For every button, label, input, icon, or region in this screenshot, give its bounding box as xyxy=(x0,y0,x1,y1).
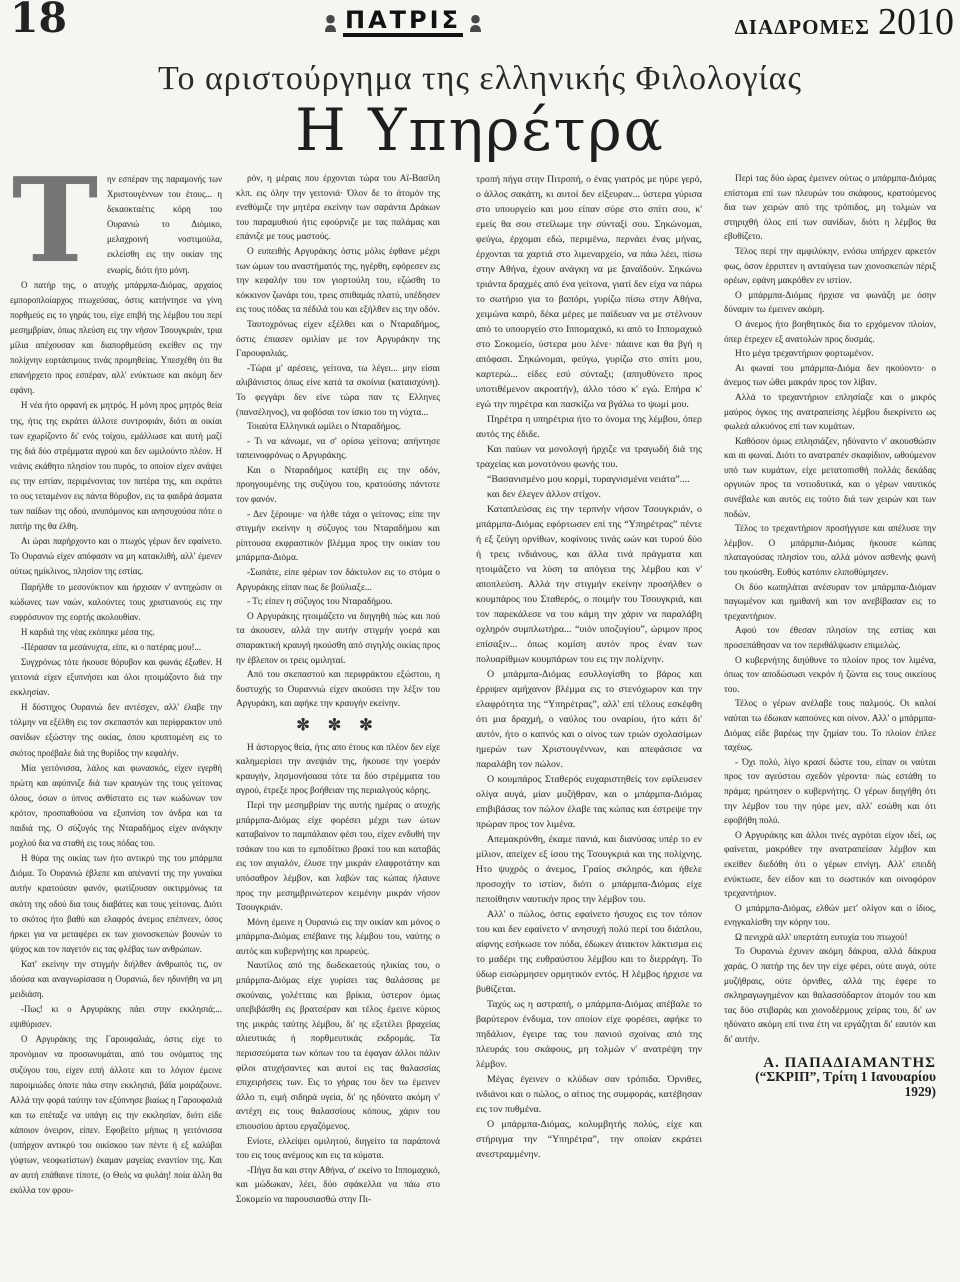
article-paragraph: Η δύστηχος Ουρανιώ δεν αντέσχεν, αλλ' έλ… xyxy=(10,700,222,760)
article-paragraph: Καθόσον όμως επλησιάζεν, ηδύναντο ν' ακο… xyxy=(724,435,936,523)
article-paragraph: Τέλος ο γέρων ανέλαβε τους παλμούς. Οι κ… xyxy=(724,697,936,755)
article-paragraph: Παρήλθε το μεσονύκτιον και ήρχισαν ν' αν… xyxy=(10,580,222,625)
article-column-4: Περί τας δύο ώρας έμεινεν ούτως ο μπάρμπ… xyxy=(724,172,936,1278)
article-paragraph: Ταυτοχρόνως είχεν εξέλθει και ο Νταραδήμ… xyxy=(236,318,440,362)
article-paragraph: -Πήγα δα και στην Αθήνα, σ' εκείνο το Ιπ… xyxy=(236,1164,440,1208)
article-paragraph: Ο μπάρμπα-Διόμας εσυλλογίσθη το βάρος κα… xyxy=(476,667,702,772)
article-paragraph: Ο μπάρμπα-Διόμας, κολυμβητής πολύς, είχε… xyxy=(476,1117,702,1162)
article-paragraph: Αι ώραι παρήρχοντο και ο πτωχός γέρων δε… xyxy=(10,534,222,579)
drop-cap: Τ xyxy=(10,174,100,272)
article-paragraph: Από του σκεπαστού και περιφράκτου εξώστο… xyxy=(236,668,440,712)
article-paragraph: Ναυτίλος από της δωδεκαετούς ηλικίας του… xyxy=(236,959,440,1134)
attribution-source: (“ΣΚΡΙΠ”, Τρίτη 1 Ιανουαρίου 1929) xyxy=(724,1070,936,1099)
masthead-title: ΠΑΤΡΙΣ xyxy=(343,8,463,37)
article-paragraph: Ο μπάρμπα-Διόμας, ελθών μετ' ολίγον και … xyxy=(724,902,936,931)
article-paragraph: Καταπλεύσας εις την τερπνήν νήσον Τσουγκ… xyxy=(476,502,702,667)
article-paragraph: Τέλος το τρεχαντήριον προσήγγισε και απέ… xyxy=(724,522,936,580)
article-paragraph: Οι δύο κωπηλάται ανέσυραν τον μπάρμπα-Δι… xyxy=(724,581,936,625)
page-number: 18 xyxy=(10,0,67,42)
section-separator: ✼ ✼ ✼ xyxy=(236,719,440,734)
article-paragraph: ρόν, η μέραις που έρχονται τώρα του Αϊ-Β… xyxy=(236,172,440,245)
article-paragraph: - Τι; είπεν η σύζυγος του Νταραδήμου. xyxy=(236,595,440,610)
article-paragraph: Ο Αργυράκης και άλλοι τινές αγρόται είχο… xyxy=(724,829,936,902)
article-paragraph: Η νέα ήτο ορφανή εκ μητρός. Η μόνη προς … xyxy=(10,398,222,534)
article-paragraph: Περί την μεσημβρίαν της αυτής ημέρας ο α… xyxy=(236,799,440,916)
article-paragraph: Ο μπάρμπα-Διόμας ήρχισε να φωνάζη με όση… xyxy=(724,289,936,318)
article-paragraph: Μία γειτόνισσα, λάλος και φωνασκός, είχε… xyxy=(10,761,222,852)
article-paragraph: Ητο μέγα τρεχαντήριον φορτωμένον. xyxy=(724,347,936,362)
article-paragraph: -Τώρα μ' αρέσεις, γείτονα, τω λέγει... μ… xyxy=(236,362,440,420)
article-paragraph: Η άστοργος θεία, ήτις απο έτους και πλέο… xyxy=(236,741,440,799)
article-paragraph: - Τι να κάνωμε, να σ' ορίσω γείτονα; απή… xyxy=(236,435,440,464)
section-year: 2010 xyxy=(878,1,954,43)
article-column-3: τροπή πήγα στην Πιτροπή, ο ένας γιατρός … xyxy=(476,172,702,1278)
article-paragraph: και δεν έλεγεν άλλον στίχον. xyxy=(476,487,702,502)
article-paragraph: Ο κυβερνήτης διηύθυνε το πλοίον προς τον… xyxy=(724,654,936,698)
article-paragraph: Αλλά το τρεχαντήριον επλησίαζε και ο μικ… xyxy=(724,391,936,435)
article-paragraph: -Σωπάτε, είπε φέρων τον δάκτυλον εις το … xyxy=(236,566,440,595)
article-paragraph: Τοιαύτα Ελληνικά ωμίλει ο Νταραδήμος. xyxy=(236,420,440,435)
article-paragraph: Κατ' εκείνην την στιγμήν διήλθεν άνθρωπό… xyxy=(10,957,222,1002)
article-paragraph: Η καρδιά της νέας εκόπηκε μέσα της. xyxy=(10,625,222,640)
article-kicker: Το αριστούργημα της ελληνικής Φιλολογίας xyxy=(0,60,960,98)
article-paragraph: Περί τας δύο ώρας έμεινεν ούτως ο μπάρμπ… xyxy=(724,172,936,245)
article-paragraph: Την εσπέραν της παραμονής των Χριστουγέν… xyxy=(10,172,222,278)
article-paragraph: Ο ευπειθής Αργυράκης όστις μόλις έφθανε … xyxy=(236,245,440,318)
article-paragraph: Ταχύς ως η αστραπή, ο μπάρμπα-Διόμας απέ… xyxy=(476,997,702,1072)
newspaper-page: 18 ΠΑΤΡΙΣ ΔΙΑΔΡΟΜΕΣ2010 Το αριστούργημα … xyxy=(0,0,960,1282)
article-paragraph: Πηρέτρα η υπηρέτρια ήτο το όνομα της λέμ… xyxy=(476,412,702,442)
masthead-portrait-left-icon xyxy=(324,14,337,32)
page-header: 18 ΠΑΤΡΙΣ ΔΙΑΔΡΟΜΕΣ2010 xyxy=(0,0,960,54)
article-paragraph: -Πέρασαν τα μεσάνυχτα, είπε, κι ο πατέρα… xyxy=(10,640,222,655)
article-paragraph: Μόνη έμεινε η Ουρανιώ εις την οικίαν και… xyxy=(236,916,440,960)
article-column-1: Την εσπέραν της παραμονής των Χριστουγέν… xyxy=(10,172,222,1278)
masthead: ΠΑΤΡΙΣ xyxy=(318,8,488,37)
article-paragraph: Ο Αργυράκης της Γαρουφαλιάς, όστις είχε … xyxy=(10,1032,222,1198)
section-header: ΔΙΑΔΡΟΜΕΣ2010 xyxy=(735,0,954,44)
article-paragraph: Και ο Νταραδήμος κατέβη εις την οδόν, πρ… xyxy=(236,464,440,508)
article-paragraph: τροπή πήγα στην Πιτροπή, ο ένας γιατρός … xyxy=(476,172,702,412)
article-paragraph: “Βασανισμένο μου κορμί, τυραγνισμένα νει… xyxy=(476,472,702,487)
article-paragraph: Μέγας έγεινεν ο κλύδων σαν τρόπιδα. Όρνι… xyxy=(476,1072,702,1117)
article-paragraph: Τέλος περί την αμφιλύκην, ενόσω υπήρχεν … xyxy=(724,245,936,289)
article-paragraph: Ω πενιχρά αλλ' υπερτάτη ευτυχία του πτωχ… xyxy=(724,931,936,946)
section-name: ΔΙΑΔΡΟΜΕΣ xyxy=(735,15,870,39)
article-paragraph: Αι φωναί του μπάρμπα-Διόμα δεν ηκούοντο·… xyxy=(724,362,936,391)
article-paragraph: Ο άνεμος ήτο βοηθητικός δια το ερχόμενον… xyxy=(724,318,936,347)
article-paragraph: - Δεν ξέρουμε· να ήλθε τάχα ο γείτονας; … xyxy=(236,508,440,566)
article-paragraph: Ενίοτε, ελλείψει ομιλητού, διηγείτο τα π… xyxy=(236,1135,440,1164)
article-paragraph: Απεμακρύνθη, έκαμε πανιά, και διανύσας υ… xyxy=(476,832,702,907)
article-paragraph: Η θύρα της οικίας των ήτο αντικρύ της το… xyxy=(10,851,222,957)
article-paragraph: Ο Αργυράκης ητοιμάζετο να διηγηθή πώς κα… xyxy=(236,610,440,668)
article-paragraph: Ο κουμπάρος Σταθερός ευχαριστηθείς τον ε… xyxy=(476,772,702,832)
article-paragraph: Αλλ' ο πώλος, όστις εφαίνετο ήσυχος εις … xyxy=(476,907,702,997)
article-paragraph: Και παύων να μονολογή ήρχιζε να τραγωδή … xyxy=(476,442,702,472)
article-paragraph: Αφού τον έθεσαν πλησίον της εστίας και π… xyxy=(724,624,936,653)
article-body: Την εσπέραν της παραμονής των Χριστουγέν… xyxy=(10,172,952,1278)
article-paragraph: -Πως! κι ο Αργυράκης πάει στην εκκλησιά;… xyxy=(10,1002,222,1032)
article-title: Η Υπηρέτρα xyxy=(0,96,960,164)
article-paragraph: Το Ουρανιώ έχυνεν ακόμη δάκρυα, αλλά δάκ… xyxy=(724,945,936,1047)
article-paragraph: Ο πατήρ της, ο ατυχής μπάρμπα-Διόμας, αρ… xyxy=(10,278,222,399)
masthead-portrait-right-icon xyxy=(469,14,482,32)
article-paragraph: - Όχι πολύ, λίγο κρασί δώστε του, είπαν … xyxy=(724,756,936,829)
attribution-author: Α. ΠΑΠΑΔΙΑΜΑΝΤΗΣ xyxy=(724,1056,936,1071)
article-column-2: ρόν, η μέραις που έρχονται τώρα του Αϊ-Β… xyxy=(236,172,440,1278)
article-paragraph: Συγχρόνως τότε ήκουσε θόρυβον και φωνάς … xyxy=(10,655,222,700)
